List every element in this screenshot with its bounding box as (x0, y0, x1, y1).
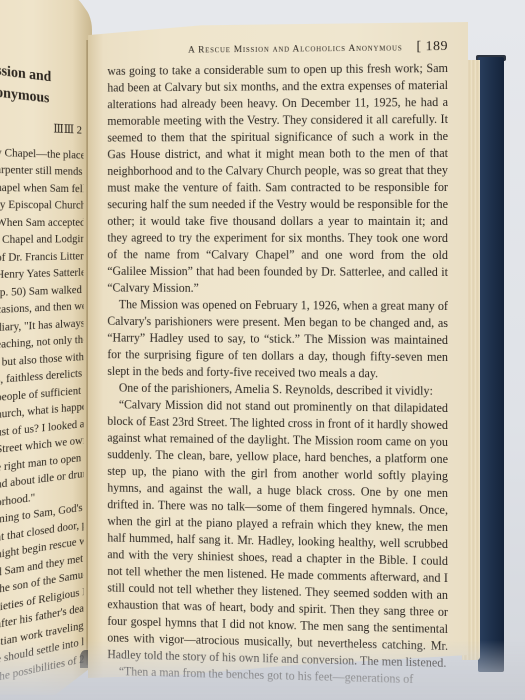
running-head-title: A Rescue Mission and Alcoholics Anonymou… (188, 39, 402, 58)
left-page-line: of Dr. Francis Litter Hawks (0, 247, 84, 266)
running-head: A Rescue Mission and Alcoholics Anonymou… (127, 38, 448, 59)
page-number: [ 189 (416, 38, 448, 55)
left-page-line: hapel when Sam fell heir to it as (0, 179, 84, 197)
page-number-value: 189 (426, 39, 448, 54)
left-page-line: y Chapel—the place where Billy (0, 144, 84, 164)
chapter-ornament: ⅢⅢ 2 (53, 121, 83, 139)
left-page-line: arpenter still mends broken men (0, 161, 84, 180)
left-page-line: t Chapel and Lodging House (0, 231, 84, 249)
left-page-line: ry Episcopal Church, New York City. (0, 196, 84, 214)
paragraph: The Mission was opened on February 1, 19… (107, 296, 448, 383)
left-page-line: When Sam accepted the call to Calvary (0, 214, 84, 232)
right-page-text: A Rescue Mission and Alcoholics Anonymou… (107, 38, 448, 689)
left-page-chapter-title: ssion and onymous (0, 62, 84, 111)
left-page-line: Henry Yates Satterlee), was (0, 264, 84, 283)
book-back-cover (478, 57, 504, 672)
paragraph: was going to take a considerable sum to … (107, 60, 448, 298)
page-number-bracket: [ (416, 39, 421, 54)
book-photo: ssion and onymous ⅢⅢ 2 y Chapel—the plac… (0, 0, 525, 700)
paragraph-quote: “Calvary Mission did not stand out promi… (107, 396, 448, 672)
left-page-text: ssion and onymous ⅢⅢ 2 y Chapel—the plac… (0, 62, 84, 686)
left-page-lines: y Chapel—the place where Billyarpenter s… (0, 144, 84, 687)
